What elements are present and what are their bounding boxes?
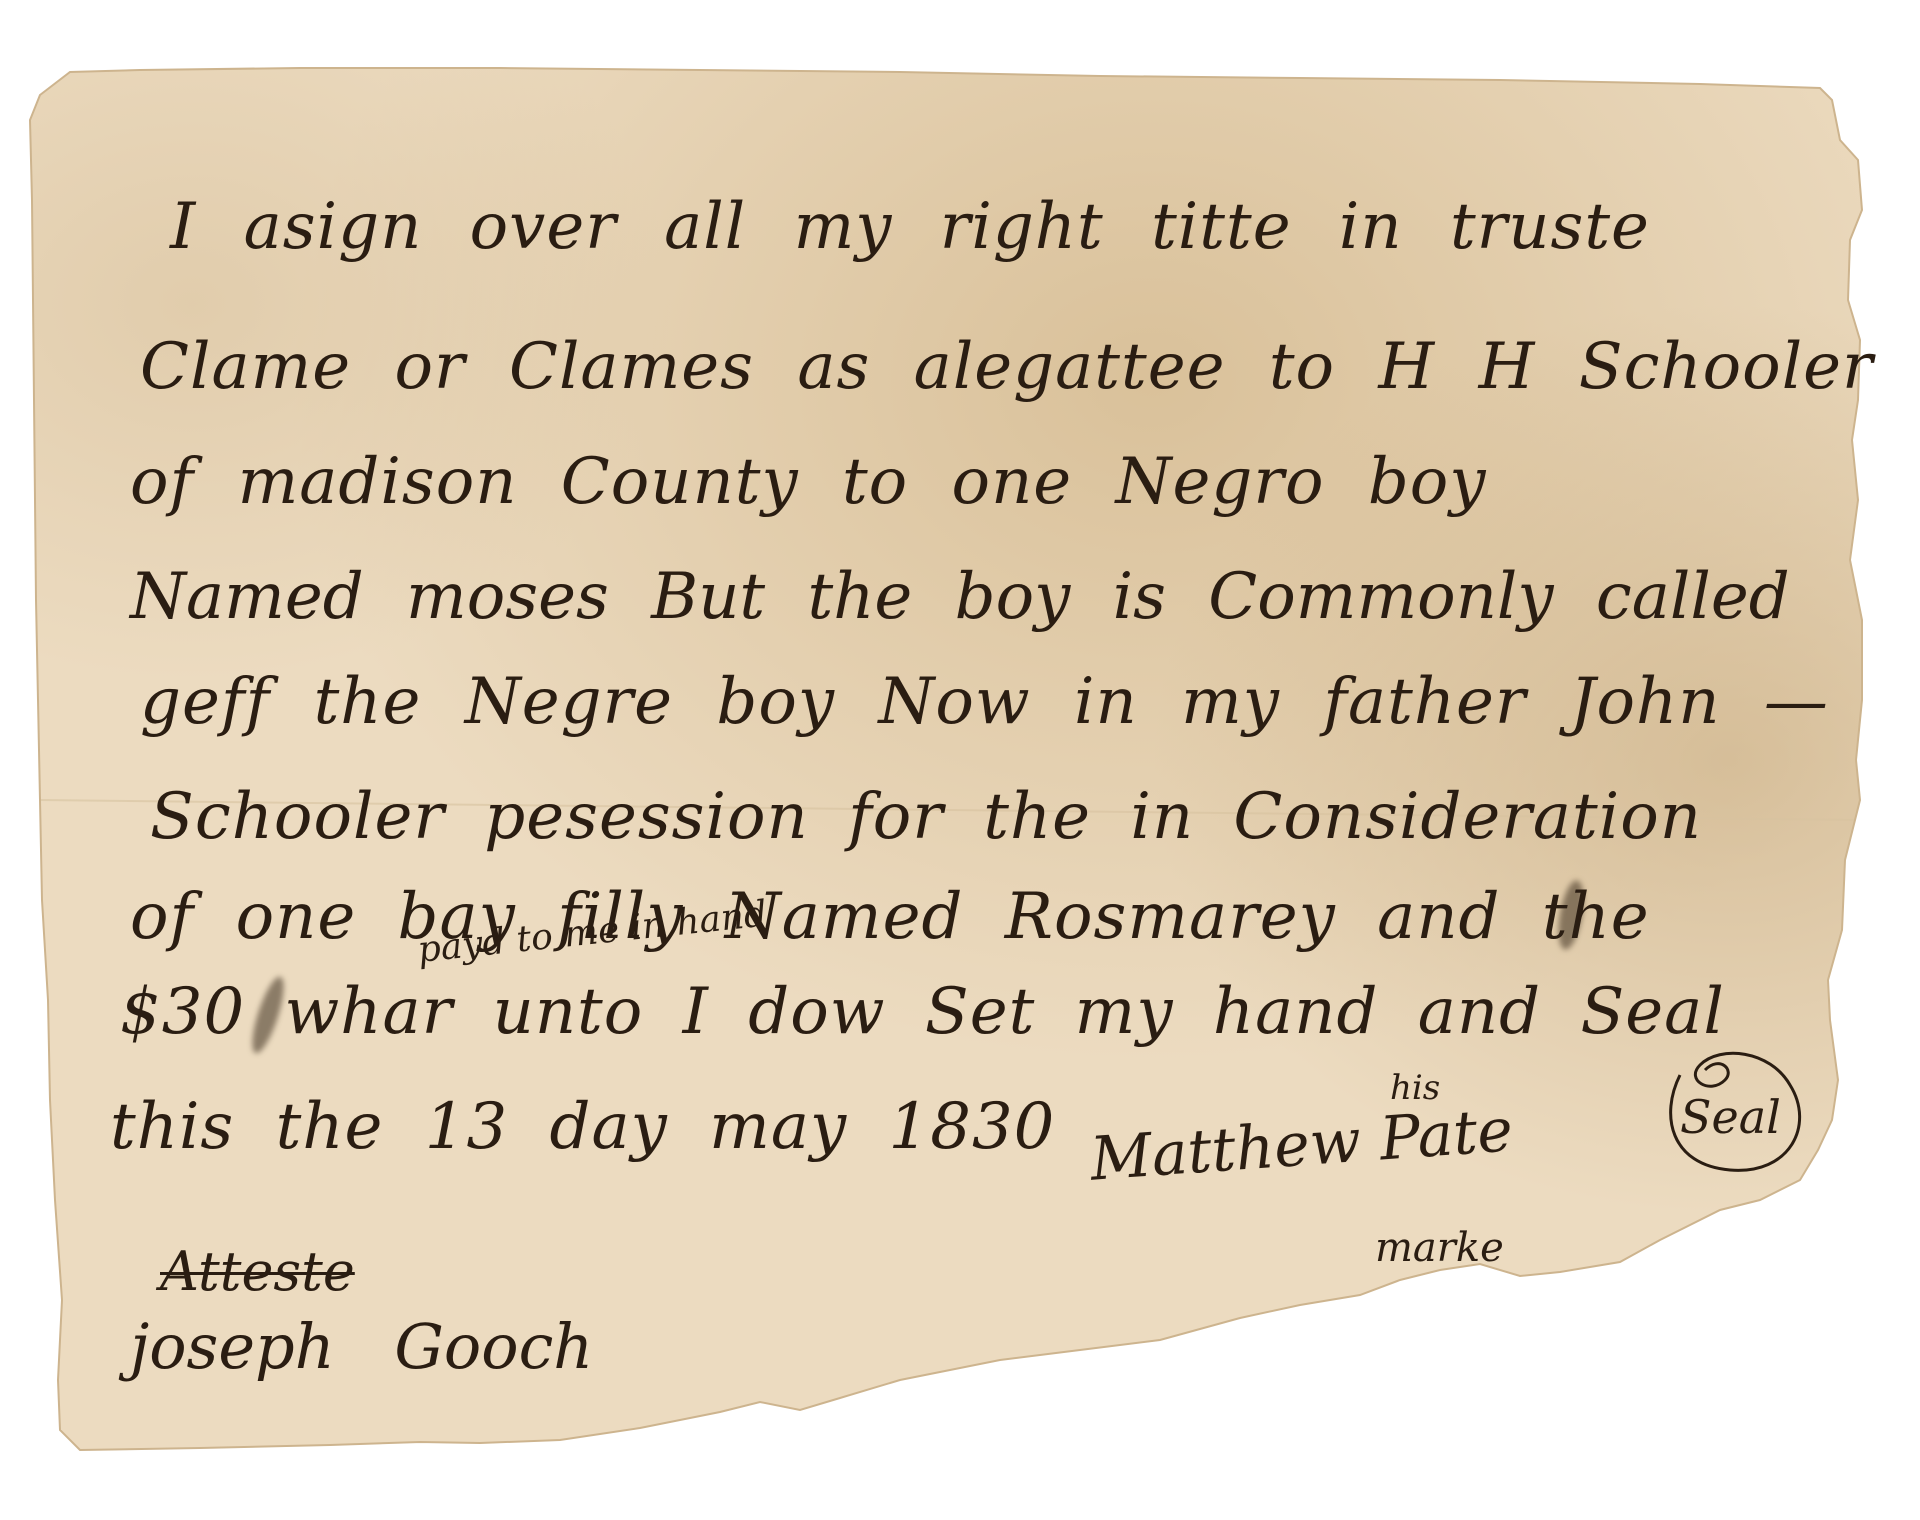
deed-line-8: $30 whar unto I dow Set my hand and Seal <box>120 975 1725 1049</box>
signature-marke-label: marke <box>1375 1225 1504 1271</box>
document-scan: I asign over all my right titte in trust… <box>0 0 1920 1520</box>
witness-signature: joseph Gooch <box>130 1310 593 1383</box>
attest-label-struck: Atteste <box>160 1240 355 1303</box>
deed-line-4: Named moses But the boy is Commonly call… <box>130 560 1790 634</box>
deed-line-5: geff the Negre boy Now in my father John… <box>140 665 1829 739</box>
deed-line-2: Clame or Clames as alegattee to H H Scho… <box>140 330 1874 404</box>
deed-line-1: I asign over all my right titte in trust… <box>170 190 1650 264</box>
deed-line-9-date: this the 13 day may 1830 <box>110 1090 1055 1164</box>
deed-line-7: of one bay filly Named Rosmarey and the <box>130 880 1650 954</box>
seal-label: Seal <box>1680 1090 1781 1144</box>
deed-line-6: Schooler pesession for the in Considerat… <box>150 780 1702 854</box>
deed-line-3: of madison County to one Negro boy <box>130 445 1486 519</box>
